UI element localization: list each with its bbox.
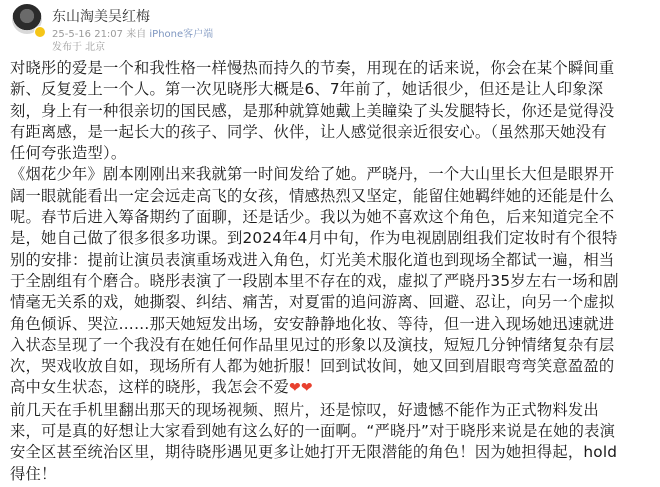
text-line: 任何夸张造型）。 xyxy=(10,143,660,164)
text-line: 安全区甚至统治区里，期待晓彤遇见更多让她打开无限潜能的角色！因为她担得起，hol… xyxy=(10,442,660,463)
text-line: 于全剧组有个磨合。晓彤表演了一段剧本里不存在的戏，虚拟了严晓丹35岁左右一场和剧 xyxy=(10,271,660,292)
text-line: 呢。春节后进入筹备期约了面聊，还是话少。我以为她不喜欢这个角色，后来知道完全不 xyxy=(10,207,660,228)
post-source[interactable]: iPhone客户端 xyxy=(149,29,213,40)
text-line: 是，她自己做了很多很多功课。到2024年4月中旬，作为电视剧剧组我们定妆时有个很… xyxy=(10,228,660,249)
text-line: 刻，身上有一种很亲切的国民感，是那种就算她戴上美瞳染了头发腿特长，你还是觉得没 xyxy=(10,101,660,122)
verified-badge-icon xyxy=(34,26,46,38)
text-line: 次，哭戏收放自如，现场所有人都为她折服！回到试妆间，她又回到眉眼弯弯笑意盈盈的 xyxy=(10,356,660,377)
text-line: 高中女生状态，这样的晓彤，我怎会不爱❤❤ xyxy=(10,377,660,399)
post-location: 发布于 北京 xyxy=(52,38,105,53)
text-line: 对晓彤的爱是一个和我性格一样慢热而持久的节奏，用现在的话来说，你会在某个瞬间重 xyxy=(10,58,660,79)
text-line: 入状态呈现了一个我没有在她任何作品里见过的形象以及演技，短短几分钟情绪复杂有层 xyxy=(10,335,660,356)
text-line: 有距离感，是一起长大的孩子、同学、伙伴，让人感觉很亲近很安心。（虽然那天她没有 xyxy=(10,122,660,143)
text-line: 来，可是真的好想让大家看到她有这么好的一面啊。“严晓丹”对于晓彤来说是在她的表演 xyxy=(10,421,660,442)
author-name[interactable]: 东山淘美吴红梅 xyxy=(52,6,150,26)
text-line: 情毫无关系的戏，她撕裂、纠结、痛苦，对夏雷的追问游离、回避、忍让，向另一个虚拟 xyxy=(10,292,660,313)
heart-icon: ❤❤ xyxy=(289,380,313,396)
text-line: 阔一眼就能看出一定会远走高飞的女孩，情感热烈又坚定，能留住她羁绊她的还能是什么 xyxy=(10,186,660,207)
text-line: 《烟花少年》剧本刚刚出来我就第一时间发给了她。严晓丹，一个大山里长大但是眼界开 xyxy=(10,164,660,185)
text-line: 新、反复爱上一个人。第一次见晓彤大概是6、7年前了，她话很少，但还是让人印象深 xyxy=(10,79,660,100)
post-header: 东山淘美吴红梅 25-5-16 21:07 来自 iPhone客户端 发布于 北… xyxy=(0,0,660,52)
post-body: 对晓彤的爱是一个和我性格一样慢热而持久的节奏，用现在的话来说，你会在某个瞬间重 … xyxy=(10,58,660,485)
text-line: 得住！ xyxy=(10,464,660,485)
text-line: 前几天在手机里翻出那天的现场视频、照片，还是惊叹，好遗憾不能作为正式物料发出 xyxy=(10,400,660,421)
from-label: 来自 xyxy=(126,29,146,40)
text-line: 角色倾诉、哭泣……那天她短发出场，安安静静地化妆、等待，但一进入现场她迅速就进 xyxy=(10,314,660,335)
text-line: 别的安排：提前让演员表演重场戏进入角色，灯光美术服化道也到现场全都试一遍，相当 xyxy=(10,250,660,271)
text-segment: 高中女生状态，这样的晓彤，我怎会不爱 xyxy=(10,378,289,396)
